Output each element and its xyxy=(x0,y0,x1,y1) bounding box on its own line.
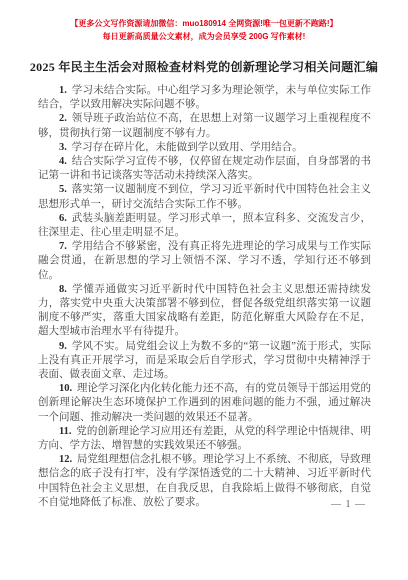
list-item: 2.领导班子政治站位不高，在思想上对第一议题学习上重视程度不够，贯彻执行第一议题… xyxy=(38,112,371,140)
page-number: — 1 — xyxy=(331,499,366,510)
item-text: 学风不实。局党组会议上为数不多的“第一议题”流于形式，实际上没有真正开展学习，而… xyxy=(38,341,371,380)
item-text: 学用结合不够紧密，没有真正将先进理论的学习成果与工作实际融会贯通，在新思想的学习… xyxy=(38,241,371,280)
item-text: 落实第一议题制度不到位，学习习近平新时代中国特色社会主义思想形式单一，研讨交流结… xyxy=(38,184,371,209)
item-number: 9. xyxy=(59,341,67,352)
item-number: 3. xyxy=(59,142,67,153)
item-number: 4. xyxy=(59,156,67,167)
item-number: 6. xyxy=(59,213,67,224)
item-number: 10. xyxy=(59,383,72,394)
list-item: 3.学习存在碎片化，未能做到学以致用、学用结合。 xyxy=(38,141,371,155)
item-text: 武装头脑差距明显。学习形式单一，照本宣科多、交流发言少，往深里走、往心里走明显不… xyxy=(38,213,371,238)
list-item: 7.学用结合不够紧密，没有真正将先进理论的学习成果与工作实际融会贯通，在新思想的… xyxy=(38,240,371,283)
list-item: 1.学习未结合实际。中心组学习多为理论领学，未与单位实际工作结合，学以致用解决实… xyxy=(38,84,371,112)
item-number: 7. xyxy=(59,241,67,252)
list-item: 4.结合实际学习宣传不够，仅停留在规定动作层面，自身部署的书记第一讲和书记谈落实… xyxy=(38,155,371,183)
item-text: 学懂弄通做实习近平新时代中国特色社会主义思想还需持续发力，落实党中央重大决策部署… xyxy=(38,284,371,338)
item-number: 2. xyxy=(59,113,67,124)
item-text: 领导班子政治站位不高，在思想上对第一议题学习上重视程度不够，贯彻执行第一议题制度… xyxy=(38,113,371,138)
page-title: 2025 年民主生活会对照检查材料党的创新理论学习相关问题汇编 xyxy=(0,58,408,75)
item-text: 结合实际学习宣传不够，仅停留在规定动作层面，自身部署的书记第一讲和书记谈落实等活… xyxy=(38,156,371,181)
list-item: 8.学懂弄通做实习近平新时代中国特色社会主义思想还需持续发力，落实党中央重大决策… xyxy=(38,283,371,340)
item-text: 学习未结合实际。中心组学习多为理论领学，未与单位实际工作结合，学以致用解决实际问… xyxy=(38,85,371,110)
item-number: 5. xyxy=(59,184,67,195)
document-page: 【更多公文写作资源请加微信：muo180914 全网资源!唯一包更新不跑路!】 … xyxy=(0,0,408,580)
item-text: 理论学习深化内化转化能力还不高，有的党员领导干部运用党的创新理论解决生态环境保护… xyxy=(38,383,371,422)
item-number: 8. xyxy=(59,284,67,295)
list-item: 5.落实第一议题制度不到位，学习习近平新时代中国特色社会主义思想形式单一，研讨交… xyxy=(38,183,371,211)
item-number: 11. xyxy=(59,426,72,437)
item-number: 12. xyxy=(59,454,72,465)
item-number: 1. xyxy=(59,85,67,96)
list-item: 6.武装头脑差距明显。学习形式单一，照本宣科多、交流发言少，往深里走、往心里走明… xyxy=(38,212,371,240)
list-item: 11.党的创新理论学习应用还有差距，从党的科学理论中悟规律、明方向、学方法、增智… xyxy=(38,425,371,453)
promo-banner: 【更多公文写作资源请加微信：muo180914 全网资源!唯一包更新不跑路!】 … xyxy=(0,0,408,43)
promo-banner-line2: 每日更新高质量公文素材，成为会员享受 200G 写作素材! xyxy=(0,30,408,43)
document-body: 1.学习未结合实际。中心组学习多为理论领学，未与单位实际工作结合，学以致用解决实… xyxy=(0,84,408,510)
promo-banner-line1: 【更多公文写作资源请加微信：muo180914 全网资源!唯一包更新不跑路!】 xyxy=(0,17,408,30)
item-text: 党的创新理论学习应用还有差距，从党的科学理论中悟规律、明方向、学方法、增智慧的实… xyxy=(38,426,371,451)
list-item: 12.局党组理想信念扎根不够。理论学习上不系统、不彻底，导致理想信念的底子没有打… xyxy=(38,453,371,510)
item-text: 局党组理想信念扎根不够。理论学习上不系统、不彻底，导致理想信念的底子没有打牢，没… xyxy=(38,454,371,508)
list-item: 10.理论学习深化内化转化能力还不高，有的党员领导干部运用党的创新理论解决生态环… xyxy=(38,382,371,425)
list-item: 9.学风不实。局党组会议上为数不多的“第一议题”流于形式，实际上没有真正开展学习… xyxy=(38,340,371,383)
item-text: 学习存在碎片化，未能做到学以致用、学用结合。 xyxy=(72,142,303,153)
